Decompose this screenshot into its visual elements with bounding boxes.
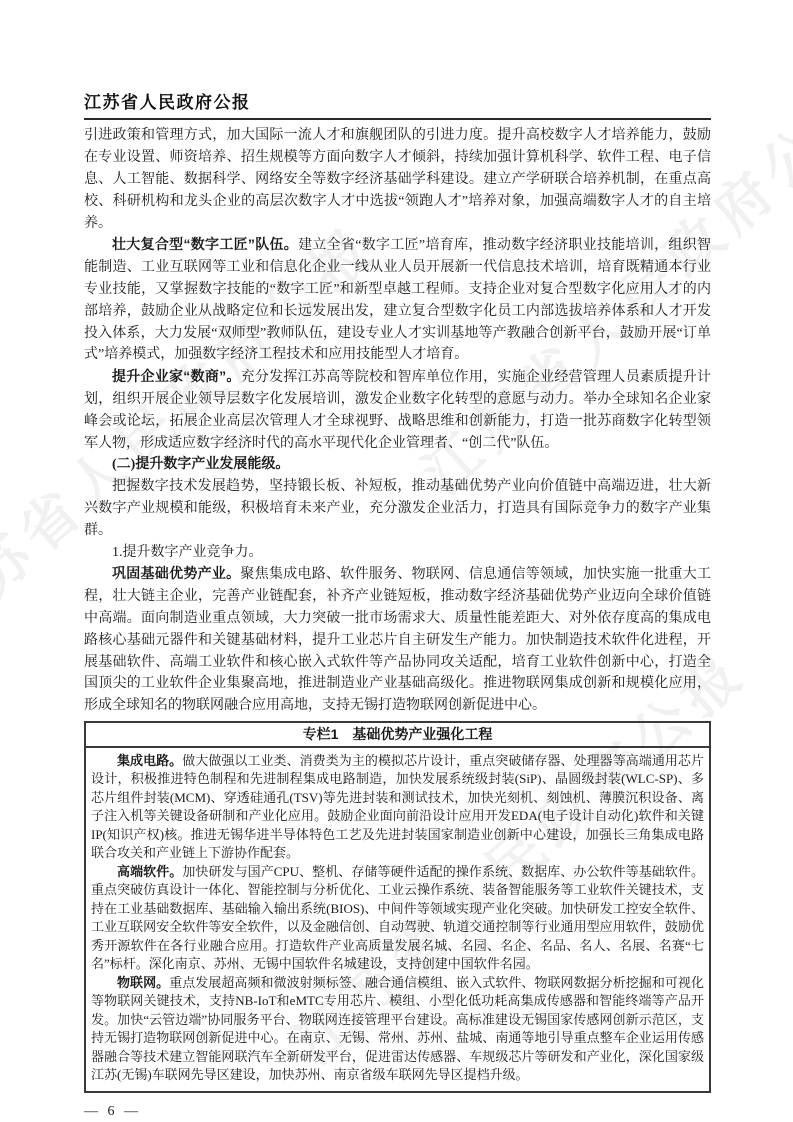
- body-paragraph: 提升企业家“数商”。充分发挥江苏高等院校和智库单位作用，实施企业经营管理人员素质…: [84, 366, 711, 454]
- body-paragraph: 巩固基础优势产业。聚焦集成电路、软件服务、物联网、信息通信等领域，加快实施一批重…: [84, 563, 711, 717]
- paragraph-lead: 物联网。: [117, 975, 169, 990]
- box-paragraph: 集成电路。做大做强以工业类、消费类为主的模拟芯片设计，重点突破储存器、处理器等高…: [91, 752, 704, 863]
- page-number: — 6 —: [84, 1104, 711, 1120]
- masthead-title: 江苏省人民政府公报: [84, 93, 711, 113]
- masthead-rule: [84, 118, 711, 120]
- page-content: 江苏省人民政府公报 引进政策和管理方式，加大国际一流人才和旗舰团队的引进力度。提…: [84, 0, 711, 1120]
- paragraph-text: 建立全省“数字工匠”培育库，推动数字经济职业技能培训，组织智能制造、工业互联网等…: [84, 238, 711, 362]
- body-paragraph: 壮大复合型“数字工匠”队伍。建立全省“数字工匠”培育库，推动数字经济职业技能培训…: [84, 234, 711, 366]
- subheading-text: 1.提升数字产业竞争力。: [112, 545, 263, 560]
- section-subheading: (二)提升数字产业发展能级。: [84, 454, 711, 476]
- body-paragraph: 把握数字技术发展趋势，坚持锻长板、补短板，推动基础优势产业向价值链中高端迈进，壮…: [84, 476, 711, 541]
- column-box-title: 专栏1 基础优势产业强化工程: [86, 723, 709, 748]
- box-paragraph: 高端软件。加快研发与国产CPU、整机、存储等硬件适配的操作系统、数据库、办公软件…: [91, 863, 704, 974]
- column-1-box: 专栏1 基础优势产业强化工程 集成电路。做大做强以工业类、消费类为主的模拟芯片设…: [84, 721, 711, 1093]
- article-body: 引进政策和管理方式，加大国际一流人才和旗舰团队的引进力度。提升高校数字人才培养能…: [84, 125, 711, 717]
- body-paragraph-continuation: 引进政策和管理方式，加大国际一流人才和旗舰团队的引进力度。提升高校数字人才培养能…: [84, 125, 711, 234]
- paragraph-lead: 提升企业家“数商”。: [112, 368, 241, 384]
- paragraph-text: 引进政策和管理方式，加大国际一流人才和旗舰团队的引进力度。提升高校数字人才培养能…: [84, 128, 711, 230]
- paragraph-text: 聚焦集成电路、软件服务、物联网、信息通信等领域，加快实施一批重大工程，壮大链主企…: [84, 567, 711, 713]
- numbered-subheading: 1.提升数字产业竞争力。: [84, 542, 711, 564]
- paragraph-lead: 高端软件。: [117, 864, 182, 879]
- paragraph-text: 做大做强以工业类、消费类为主的模拟芯片设计，重点突破储存器、处理器等高端通用芯片…: [91, 753, 704, 861]
- subheading-text: (二)提升数字产业发展能级。: [112, 457, 289, 472]
- paragraph-lead: 集成电路。: [117, 753, 182, 768]
- gazette-page: 江苏省人民政府公报 江苏省人民政府公报 江苏省人民政府公报 江苏省人民政府公报 …: [0, 0, 793, 1122]
- box-paragraph: 物联网。重点发展超高频和微波射频标签、融合通信模组、嵌入式软件、物联网数据分析挖…: [91, 974, 704, 1085]
- paragraph-lead: 壮大复合型“数字工匠”队伍。: [112, 236, 298, 252]
- paragraph-text: 把握数字技术发展趋势，坚持锻长板、补短板，推动基础优势产业向价值链中高端迈进，壮…: [84, 479, 711, 538]
- paragraph-text: 重点发展超高频和微波射频标签、融合通信模组、嵌入式软件、物联网数据分析挖掘和可视…: [91, 975, 704, 1083]
- paragraph-lead: 巩固基础优势产业。: [112, 565, 240, 581]
- column-box-body: 集成电路。做大做强以工业类、消费类为主的模拟芯片设计，重点突破储存器、处理器等高…: [86, 748, 709, 1091]
- paragraph-text: 加快研发与国产CPU、整机、存储等硬件适配的操作系统、数据库、办公软件等基础软件…: [91, 864, 704, 972]
